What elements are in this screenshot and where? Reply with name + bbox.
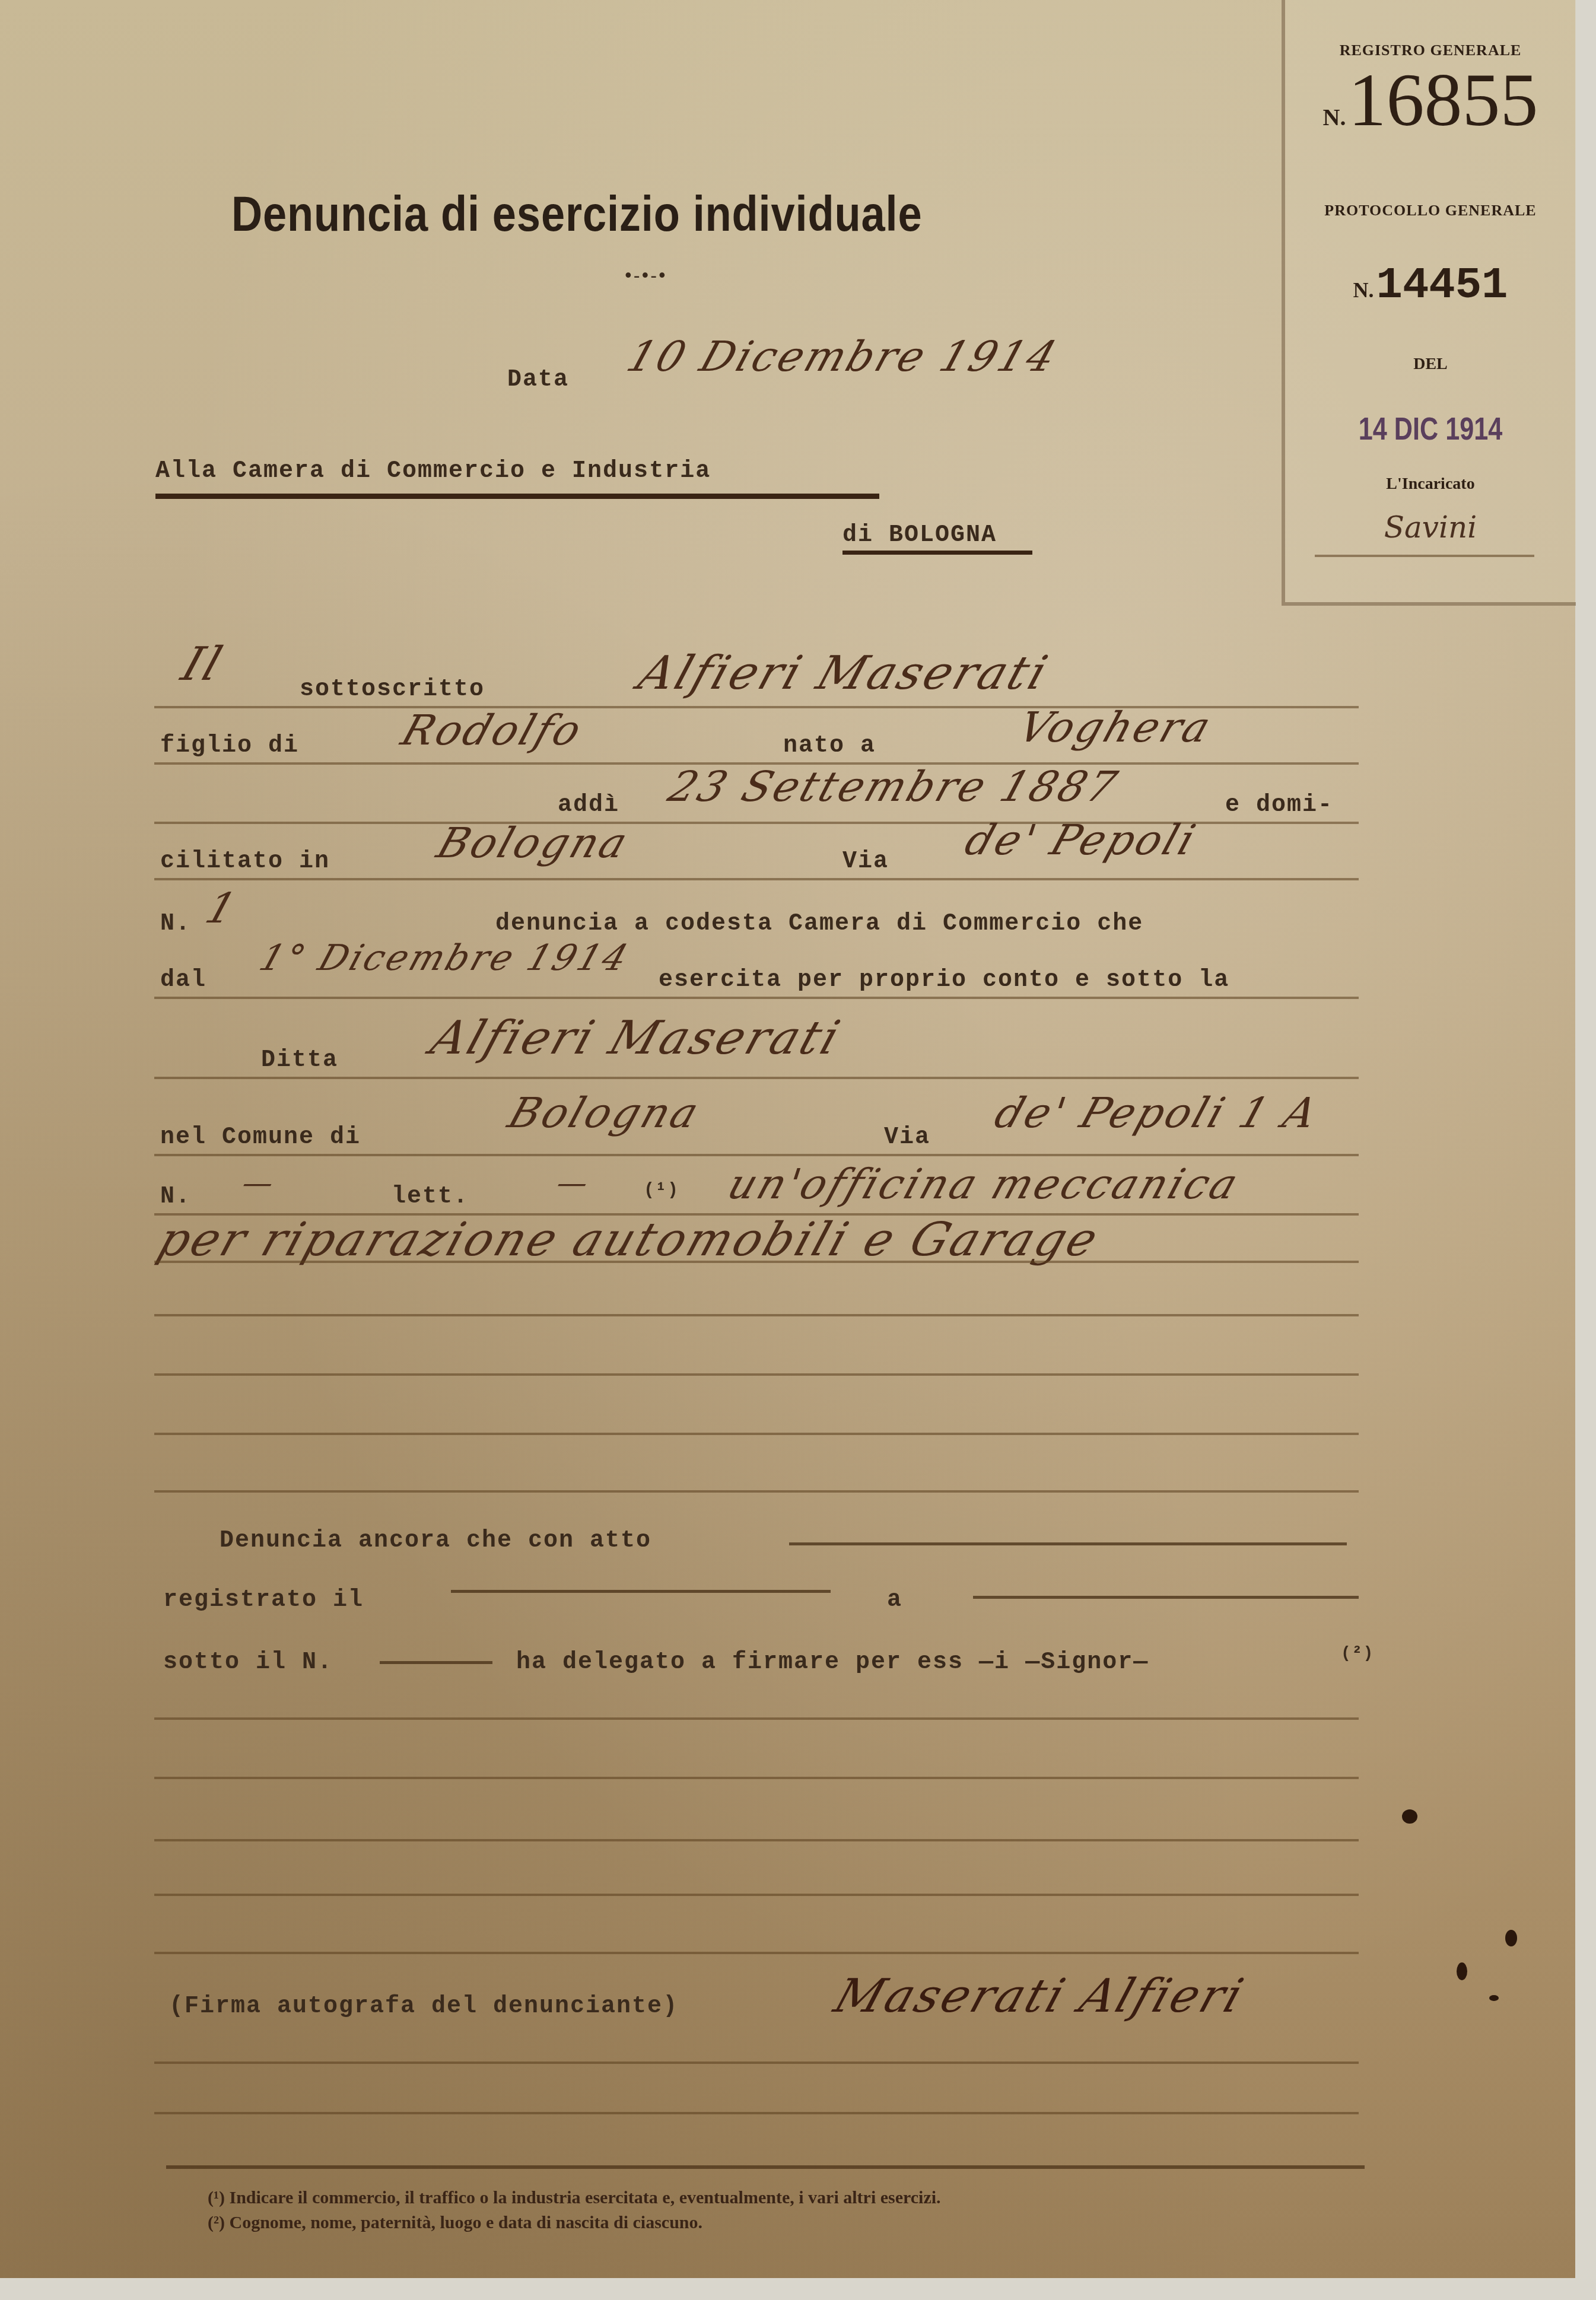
denuncia-text: denuncia a codesta Camera di Commercio c…	[495, 911, 1143, 937]
delegation-blank-a	[973, 1596, 1359, 1599]
signature-label: (Firma autografa del denunciante)	[169, 1993, 678, 2020]
delegation-a: a	[887, 1587, 902, 1614]
sottoscritto-label: sottoscritto	[300, 676, 485, 703]
addressee-underline	[155, 494, 879, 499]
blank-rule	[154, 1490, 1359, 1493]
protocollo-label: PROTOCOLLO GENERALE	[1285, 202, 1576, 219]
protocollo-number: 14451	[1376, 261, 1508, 311]
via-label: Via	[842, 848, 889, 875]
blank-rule	[154, 1839, 1359, 1841]
n-value: 1	[200, 884, 244, 933]
comune-value: Bologna	[503, 1089, 707, 1137]
delegation-line2: registrato il	[163, 1587, 364, 1614]
via-value: de' Pepoli	[959, 816, 1203, 864]
document-title: Denuncia di esercizio individuale	[231, 185, 922, 243]
blank-rule	[154, 1314, 1359, 1316]
registro-prefix: N.	[1323, 104, 1346, 131]
footnote-1: (¹) Indicare il commercio, il traffico o…	[208, 2188, 941, 2208]
form-rule	[154, 1077, 1359, 1079]
incaricato-label: L'Incaricato	[1285, 475, 1576, 494]
n-label: N.	[160, 911, 191, 937]
paper-hole	[1505, 1930, 1517, 1946]
ornament-divider: •-•-•	[623, 266, 667, 287]
addi-value: 23 Settembre 1887	[663, 762, 1126, 811]
signature-value: Maserati Alfieri	[828, 1970, 1251, 2023]
dal-value: 1° Dicembre 1914	[255, 937, 635, 979]
blank-rule	[154, 2112, 1359, 2114]
footnote-2: (²) Cognome, nome, paternità, luogo e da…	[208, 2213, 702, 2233]
addressee-line2: di BOLOGNA	[842, 522, 997, 549]
blank-rule	[154, 1777, 1359, 1779]
nato-value: Voghera	[1013, 703, 1219, 752]
via2-value: de' Pepoli 1 A	[989, 1089, 1325, 1137]
paper-hole	[1457, 1962, 1467, 1980]
blank-rule	[154, 1952, 1359, 1954]
document-page: Denuncia di esercizio individuale •-•-• …	[0, 0, 1575, 2278]
blank-rule	[154, 1717, 1359, 1720]
registro-number-row: N. 16855	[1285, 56, 1576, 144]
paper-hole	[1402, 1809, 1417, 1824]
note2-marker: (²)	[1341, 1644, 1374, 1663]
comune-label: nel Comune di	[160, 1124, 361, 1151]
protocollo-prefix: N.	[1353, 278, 1374, 302]
registro-number: 16855	[1348, 58, 1538, 142]
lett-label: lett.	[392, 1184, 469, 1210]
delegation-text: ha delegato a firmare per ess —i —Signor…	[516, 1649, 1149, 1676]
del-label: DEL	[1285, 355, 1576, 374]
figlio-value: Rodolfo	[396, 706, 590, 755]
via2-label: Via	[884, 1124, 930, 1151]
stamp-date: 14 DIC 1914	[1314, 411, 1547, 447]
addressee-city-underline	[842, 551, 1032, 555]
delegation-blank-line1	[789, 1542, 1347, 1545]
activity-line2: per riparazione automobili e Garage	[151, 1213, 1106, 1267]
note1-marker: (¹)	[644, 1181, 679, 1201]
form-rule	[154, 1154, 1359, 1156]
domi-label: e domi-	[1225, 792, 1333, 819]
ditta-label: Ditta	[261, 1047, 338, 1074]
form-rule	[154, 997, 1359, 999]
blank-rule	[154, 1894, 1359, 1896]
form-rule	[154, 1261, 1359, 1263]
ditta-value: Alfieri Maserati	[424, 1011, 848, 1065]
blank-rule	[154, 1433, 1359, 1435]
paper-speck	[1489, 1995, 1499, 2001]
delegation-blank-n	[380, 1661, 492, 1664]
il-handwritten: Il	[175, 638, 230, 691]
incaricato-rule	[1315, 555, 1534, 557]
addi-label: addì	[558, 792, 619, 819]
form-rule	[154, 878, 1359, 880]
registration-stamp: REGISTRO GENERALE N. 16855 PROTOCOLLO GE…	[1282, 0, 1576, 606]
cilitato-label: cilitato in	[160, 848, 330, 875]
signature-rule	[154, 2062, 1359, 2064]
lett-value: —	[552, 1166, 596, 1200]
esercita-text: esercita per proprio conto e sotto la	[659, 967, 1229, 994]
activity-line1: un'officina meccanica	[722, 1160, 1246, 1208]
delegation-blank-registrato	[451, 1590, 831, 1593]
n2-value: —	[238, 1166, 281, 1200]
addressee-line1: Alla Camera di Commercio e Industria	[155, 458, 711, 485]
date-value: 10 Dicembre 1914	[621, 332, 1065, 381]
cilitato-value: Bologna	[431, 819, 635, 867]
nato-label: nato a	[783, 733, 876, 759]
date-label: Data	[507, 367, 569, 393]
blank-rule	[154, 1373, 1359, 1376]
delegation-line1: Denuncia ancora che con atto	[220, 1528, 651, 1554]
footnote-rule	[166, 2165, 1365, 2169]
protocollo-number-row: N. 14451	[1285, 261, 1576, 311]
delegation-line3: sotto il N.	[163, 1649, 333, 1676]
sottoscritto-value: Alfieri Maserati	[632, 647, 1055, 700]
n2-label: N.	[160, 1184, 191, 1210]
dal-label: dal	[160, 967, 206, 994]
figlio-label: figlio di	[160, 733, 299, 759]
incaricato-signature: Savini	[1285, 510, 1576, 545]
